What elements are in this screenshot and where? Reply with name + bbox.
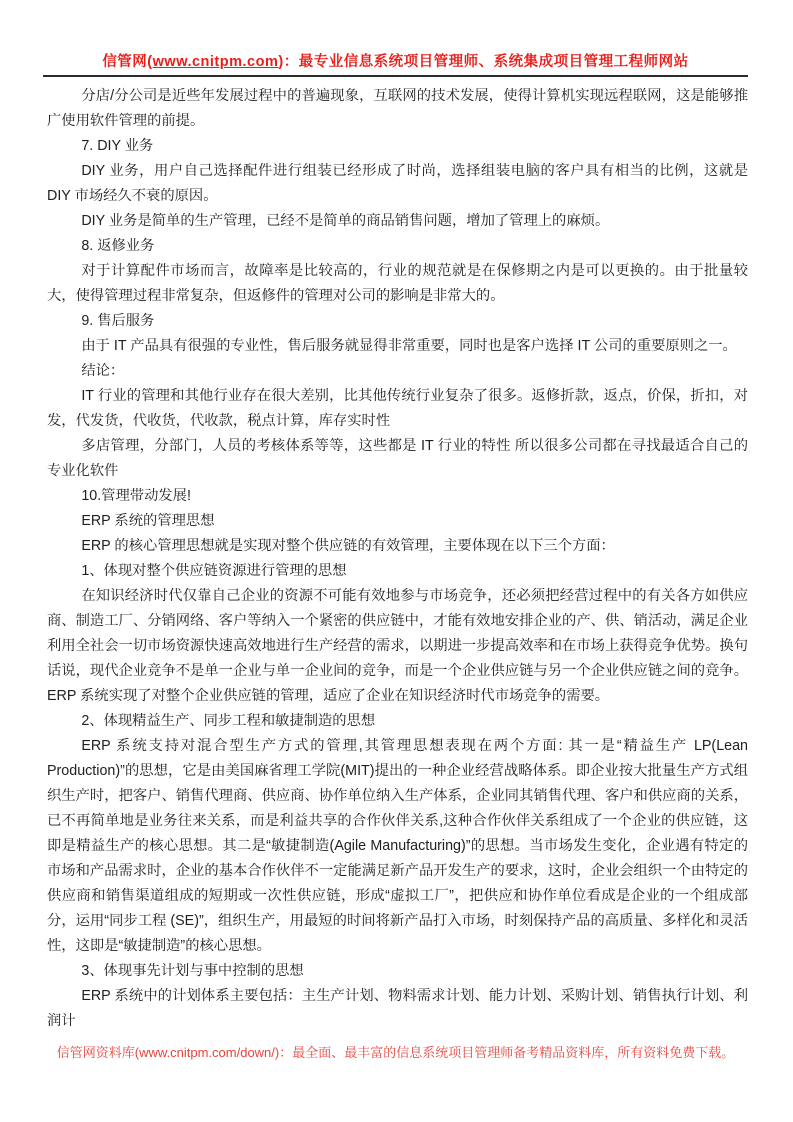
paragraph: 多店管理，分部门，人员的考核体系等等，这些都是 IT 行业的特性 所以很多公司都… [47, 434, 748, 484]
page-footer: 信管网资料库(www.cnitpm.com/down/)：最全面、最丰富的信息系… [43, 1042, 748, 1061]
paragraph: ERP 系统中的计划体系主要包括：主生产计划、物料需求计划、能力计划、采购计划、… [47, 984, 748, 1034]
header-suffix: )：最专业信息系统项目管理师、系统集成项目管理工程师网站 [278, 54, 688, 70]
document-body: 分店/分公司是近些年发展过程中的普遍现象，互联网的技术发展，使得计算机实现远程联… [47, 84, 748, 1034]
header-site-link[interactable]: www.cnitpm.com [153, 54, 279, 70]
page-header: 信管网(www.cnitpm.com)：最专业信息系统项目管理师、系统集成项目管… [43, 50, 748, 71]
paragraph: DIY 业务是简单的生产管理，已经不是简单的商品销售问题，增加了管理上的麻烦。 [47, 209, 748, 234]
section-heading: 8. 返修业务 [47, 234, 748, 259]
footer-download-link[interactable]: www.cnitpm.com/down/ [139, 1045, 275, 1060]
section-heading: 9. 售后服务 [47, 309, 748, 334]
section-heading: 7. DIY 业务 [47, 134, 748, 159]
paragraph: ERP 的核心管理思想就是实现对整个供应链的有效管理，主要体现在以下三个方面： [47, 534, 748, 559]
section-heading: 3、体现事先计划与事中控制的思想 [47, 959, 748, 984]
section-heading: 2、体现精益生产、同步工程和敏捷制造的思想 [47, 709, 748, 734]
document-page: 信管网(www.cnitpm.com)：最专业信息系统项目管理师、系统集成项目管… [0, 0, 793, 1122]
section-heading: 结论： [47, 359, 748, 384]
paragraph: ERP 系统支持对混合型生产方式的管理,其管理思想表现在两个方面: 其一是“精益… [47, 734, 748, 959]
paragraph: 对于计算配件市场而言，故障率是比较高的，行业的规范就是在保修期之内是可以更换的。… [47, 259, 748, 309]
footer-suffix: )：最全面、最丰富的信息系统项目管理师备考精品资料库，所有资料免费下载。 [275, 1045, 734, 1060]
section-heading: ERP 系统的管理思想 [47, 509, 748, 534]
paragraph: 由于 IT 产品具有很强的专业性，售后服务就显得非常重要，同时也是客户选择 IT… [47, 334, 748, 359]
paragraph: 在知识经济时代仅靠自己企业的资源不可能有效地参与市场竞争，还必须把经营过程中的有… [47, 584, 748, 709]
footer-prefix: 信管网资料库( [57, 1045, 139, 1060]
paragraph: DIY 业务，用户自己选择配件进行组装已经形成了时尚，选择组装电脑的客户具有相当… [47, 159, 748, 209]
header-prefix: 信管网( [102, 54, 152, 70]
paragraph: IT 行业的管理和其他行业存在很大差别，比其他传统行业复杂了很多。返修折款，返点… [47, 384, 748, 434]
section-heading: 10.管理带动发展! [47, 484, 748, 509]
header-divider [43, 75, 748, 77]
section-heading: 1、体现对整个供应链资源进行管理的思想 [47, 559, 748, 584]
paragraph: 分店/分公司是近些年发展过程中的普遍现象，互联网的技术发展，使得计算机实现远程联… [47, 84, 748, 134]
